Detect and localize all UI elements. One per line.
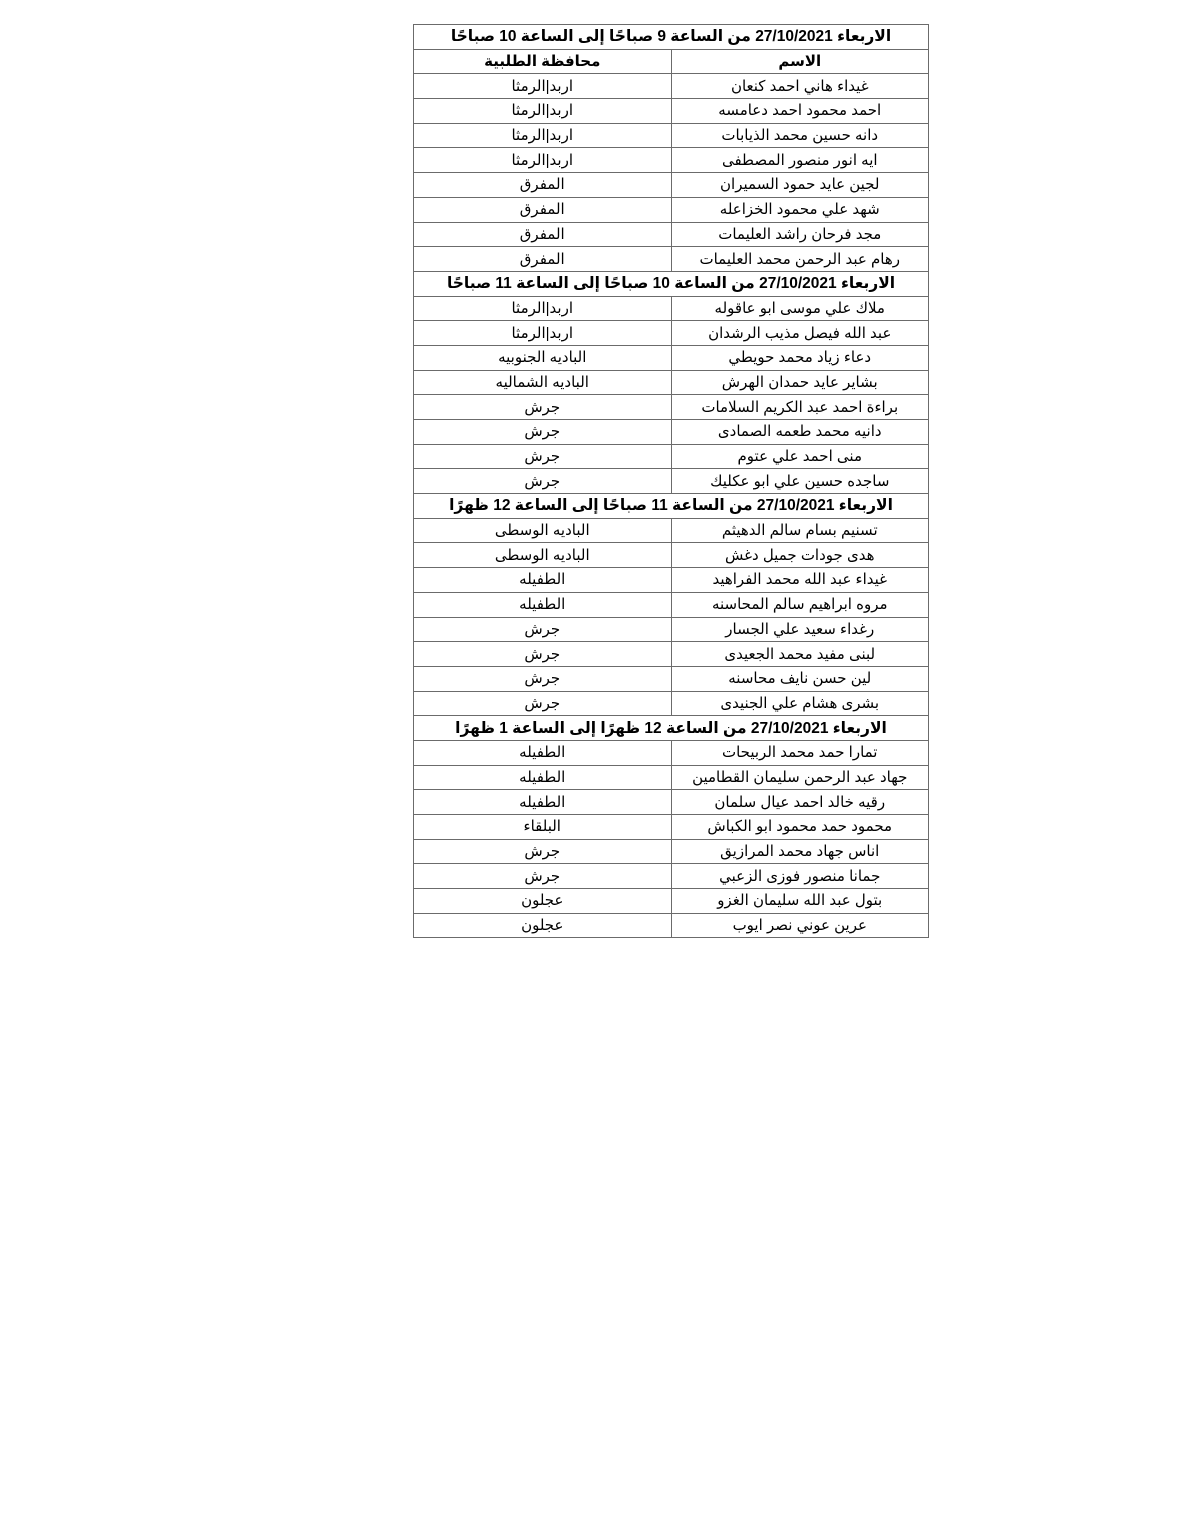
student-name: بتول عبد الله سليمان الغزو [671,889,929,914]
column-header-governorate: محافظة الطلبية [414,49,672,74]
student-name: رهام عبد الرحمن محمد العليمات [671,247,929,272]
table-row: اناس جهاد محمد المرازيقجرش [414,839,929,864]
table-row: عبد الله فيصل مذيب الرشداناربد|الرمثا [414,321,929,346]
student-name: دعاء زياد محمد حويطي [671,345,929,370]
session-header-row: الاربعاء 27/10/2021 من الساعة 12 ظهرًا إ… [414,716,929,741]
student-governorate: جرش [414,395,672,420]
student-name: دانيه محمد طعمه الصمادى [671,420,929,445]
student-governorate: البلقاء [414,815,672,840]
student-name: منى احمد علي عتوم [671,444,929,469]
table-row: ملاك علي موسى ابو عاقولهاربد|الرمثا [414,296,929,321]
student-name: هدى جودات جميل دغش [671,543,929,568]
student-name: مجد فرحان راشد العليمات [671,222,929,247]
schedule-table-body: الاربعاء 27/10/2021 من الساعة 9 صباحًا إ… [414,25,929,938]
student-name: لجين عايد حمود السميران [671,173,929,198]
table-row: محمود حمد محمود ابو الكباشالبلقاء [414,815,929,840]
student-name: ساجده حسين علي ابو عكليك [671,469,929,494]
student-governorate: الباديه الوسطى [414,518,672,543]
student-governorate: المفرق [414,247,672,272]
student-name: ملاك علي موسى ابو عاقوله [671,296,929,321]
student-governorate: جرش [414,420,672,445]
student-governorate: الطفيله [414,765,672,790]
table-row: لبنى مفيد محمد الجعيدىجرش [414,642,929,667]
schedule-document: الاربعاء 27/10/2021 من الساعة 9 صباحًا إ… [413,24,929,938]
session-header-row: الاربعاء 27/10/2021 من الساعة 10 صباحًا … [414,271,929,296]
student-governorate: اربد|الرمثا [414,296,672,321]
student-name: غيداء عبد الله محمد الفراهيد [671,568,929,593]
table-row: غيداء عبد الله محمد الفراهيدالطفيله [414,568,929,593]
student-name: رغداء سعيد علي الجسار [671,617,929,642]
session-title: الاربعاء 27/10/2021 من الساعة 9 صباحًا إ… [414,25,929,50]
column-header-name: الاسم [671,49,929,74]
table-row: احمد محمود احمد دعامسهاربد|الرمثا [414,99,929,124]
table-row: غيداء هاني احمد كنعاناربد|الرمثا [414,74,929,99]
table-row: دانه حسين محمد الذياباتاربد|الرمثا [414,123,929,148]
table-row: لجين عايد حمود السميرانالمفرق [414,173,929,198]
student-governorate: جرش [414,864,672,889]
student-governorate: جرش [414,691,672,716]
student-governorate: المفرق [414,197,672,222]
student-name: تسنيم بسام سالم الدهيثم [671,518,929,543]
table-row: جمانا منصور فوزى الزعبيجرش [414,864,929,889]
student-governorate: الطفيله [414,568,672,593]
student-governorate: الباديه الوسطى [414,543,672,568]
student-name: لين حسن نايف محاسنه [671,666,929,691]
session-header-row: الاربعاء 27/10/2021 من الساعة 11 صباحًا … [414,494,929,519]
student-name: رقيه خالد احمد عيال سلمان [671,790,929,815]
student-governorate: عجلون [414,889,672,914]
student-name: براءة احمد عبد الكريم السلامات [671,395,929,420]
table-row: تسنيم بسام سالم الدهيثمالباديه الوسطى [414,518,929,543]
student-name: احمد محمود احمد دعامسه [671,99,929,124]
session-title: الاربعاء 27/10/2021 من الساعة 11 صباحًا … [414,494,929,519]
student-name: دانه حسين محمد الذيابات [671,123,929,148]
table-row: دانيه محمد طعمه الصمادىجرش [414,420,929,445]
student-governorate: اربد|الرمثا [414,321,672,346]
session-title: الاربعاء 27/10/2021 من الساعة 12 ظهرًا إ… [414,716,929,741]
table-row: بشاير عايد حمدان الهرشالباديه الشماليه [414,370,929,395]
table-row: رغداء سعيد علي الجسارجرش [414,617,929,642]
table-row: ساجده حسين علي ابو عكليكجرش [414,469,929,494]
student-governorate: جرش [414,839,672,864]
table-row: هدى جودات جميل دغشالباديه الوسطى [414,543,929,568]
student-name: لبنى مفيد محمد الجعيدى [671,642,929,667]
student-name: جمانا منصور فوزى الزعبي [671,864,929,889]
student-governorate: اربد|الرمثا [414,74,672,99]
student-governorate: جرش [414,642,672,667]
student-name: بشرى هشام علي الجنيدى [671,691,929,716]
student-name: مروه ابراهيم سالم المحاسنه [671,592,929,617]
table-row: منى احمد علي عتومجرش [414,444,929,469]
student-name: غيداء هاني احمد كنعان [671,74,929,99]
student-governorate: جرش [414,666,672,691]
student-governorate: الطفيله [414,740,672,765]
student-governorate: اربد|الرمثا [414,99,672,124]
column-header-row: الاسم محافظة الطلبية [414,49,929,74]
student-name: ايه انور منصور المصطفى [671,148,929,173]
table-row: تمارا حمد محمد الربيحاتالطفيله [414,740,929,765]
table-row: رهام عبد الرحمن محمد العليماتالمفرق [414,247,929,272]
student-name: محمود حمد محمود ابو الكباش [671,815,929,840]
student-governorate: الطفيله [414,592,672,617]
table-row: بشرى هشام علي الجنيدىجرش [414,691,929,716]
student-governorate: الباديه الجنوبيه [414,345,672,370]
table-row: بتول عبد الله سليمان الغزوعجلون [414,889,929,914]
student-governorate: اربد|الرمثا [414,123,672,148]
student-governorate: جرش [414,444,672,469]
student-governorate: الباديه الشماليه [414,370,672,395]
student-name: شهد علي محمود الخزاعله [671,197,929,222]
student-name: عبد الله فيصل مذيب الرشدان [671,321,929,346]
table-row: براءة احمد عبد الكريم السلاماتجرش [414,395,929,420]
session-title: الاربعاء 27/10/2021 من الساعة 10 صباحًا … [414,271,929,296]
table-row: دعاء زياد محمد حويطيالباديه الجنوبيه [414,345,929,370]
student-governorate: اربد|الرمثا [414,148,672,173]
table-row: لين حسن نايف محاسنهجرش [414,666,929,691]
table-row: مروه ابراهيم سالم المحاسنهالطفيله [414,592,929,617]
student-name: اناس جهاد محمد المرازيق [671,839,929,864]
table-row: عرين عوني نصر ايوبعجلون [414,913,929,938]
table-row: جهاد عبد الرحمن سليمان القطامينالطفيله [414,765,929,790]
table-row: مجد فرحان راشد العليماتالمفرق [414,222,929,247]
student-governorate: جرش [414,617,672,642]
student-governorate: المفرق [414,222,672,247]
student-governorate: الطفيله [414,790,672,815]
student-name: عرين عوني نصر ايوب [671,913,929,938]
session-header-row: الاربعاء 27/10/2021 من الساعة 9 صباحًا إ… [414,25,929,50]
student-governorate: عجلون [414,913,672,938]
table-row: ايه انور منصور المصطفىاربد|الرمثا [414,148,929,173]
student-name: تمارا حمد محمد الربيحات [671,740,929,765]
student-governorate: جرش [414,469,672,494]
student-name: جهاد عبد الرحمن سليمان القطامين [671,765,929,790]
table-row: رقيه خالد احمد عيال سلمانالطفيله [414,790,929,815]
student-governorate: المفرق [414,173,672,198]
schedule-table: الاربعاء 27/10/2021 من الساعة 9 صباحًا إ… [413,24,929,938]
student-name: بشاير عايد حمدان الهرش [671,370,929,395]
table-row: شهد علي محمود الخزاعلهالمفرق [414,197,929,222]
